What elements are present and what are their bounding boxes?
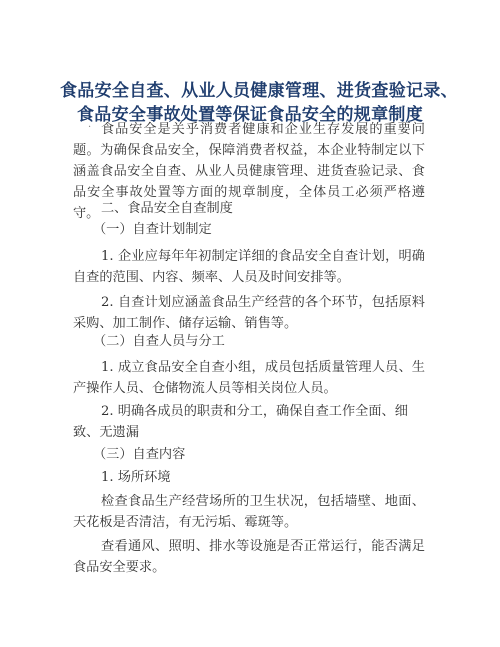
subsection-heading-plan: （一）自查计划制定	[93, 219, 212, 240]
document-page: 食品安全自查、从业人员健康管理、进货查验记录、 食品安全事故处置等保证食品安全的…	[0, 0, 500, 647]
personnel-item-2: 2. 明确各成员的职责和分工，确保自查工作全面、细致、无遗漏	[73, 401, 425, 443]
content-item-1-paragraph-2: 查看通风、照明、排水等设施是否正常运行，能否满足食品安全要求。	[73, 536, 425, 578]
section-heading-self-inspection: 二、食品安全自查制度	[101, 198, 233, 219]
content-item-1-heading: 1. 场所环境	[101, 467, 171, 488]
content-item-1-paragraph-1: 检查食品生产经营场所的卫生状况，包括墙壁、地面、天花板是否清洁，有无污垢、霉斑等…	[73, 491, 425, 533]
document-title-line-1: 食品安全自查、从业人员健康管理、进货查验记录、	[60, 76, 440, 101]
subsection-heading-content: （三）自查内容	[93, 444, 185, 465]
personnel-item-1: 1. 成立食品安全自查小组，成员包括质量管理人员、生产操作人员、仓储物流人员等相…	[73, 357, 425, 399]
plan-item-2: 2. 自查计划应涵盖食品生产经营的各个环节，包括原料采购、加工制作、储存运输、销…	[73, 292, 425, 334]
subsection-heading-personnel: （二）自查人员与分工	[93, 331, 225, 352]
trailing-period: 。	[75, 420, 87, 437]
plan-item-1: 1. 企业应每年年初制定详细的食品安全自查计划，明确自查的范围、内容、频率、人员…	[73, 246, 425, 288]
